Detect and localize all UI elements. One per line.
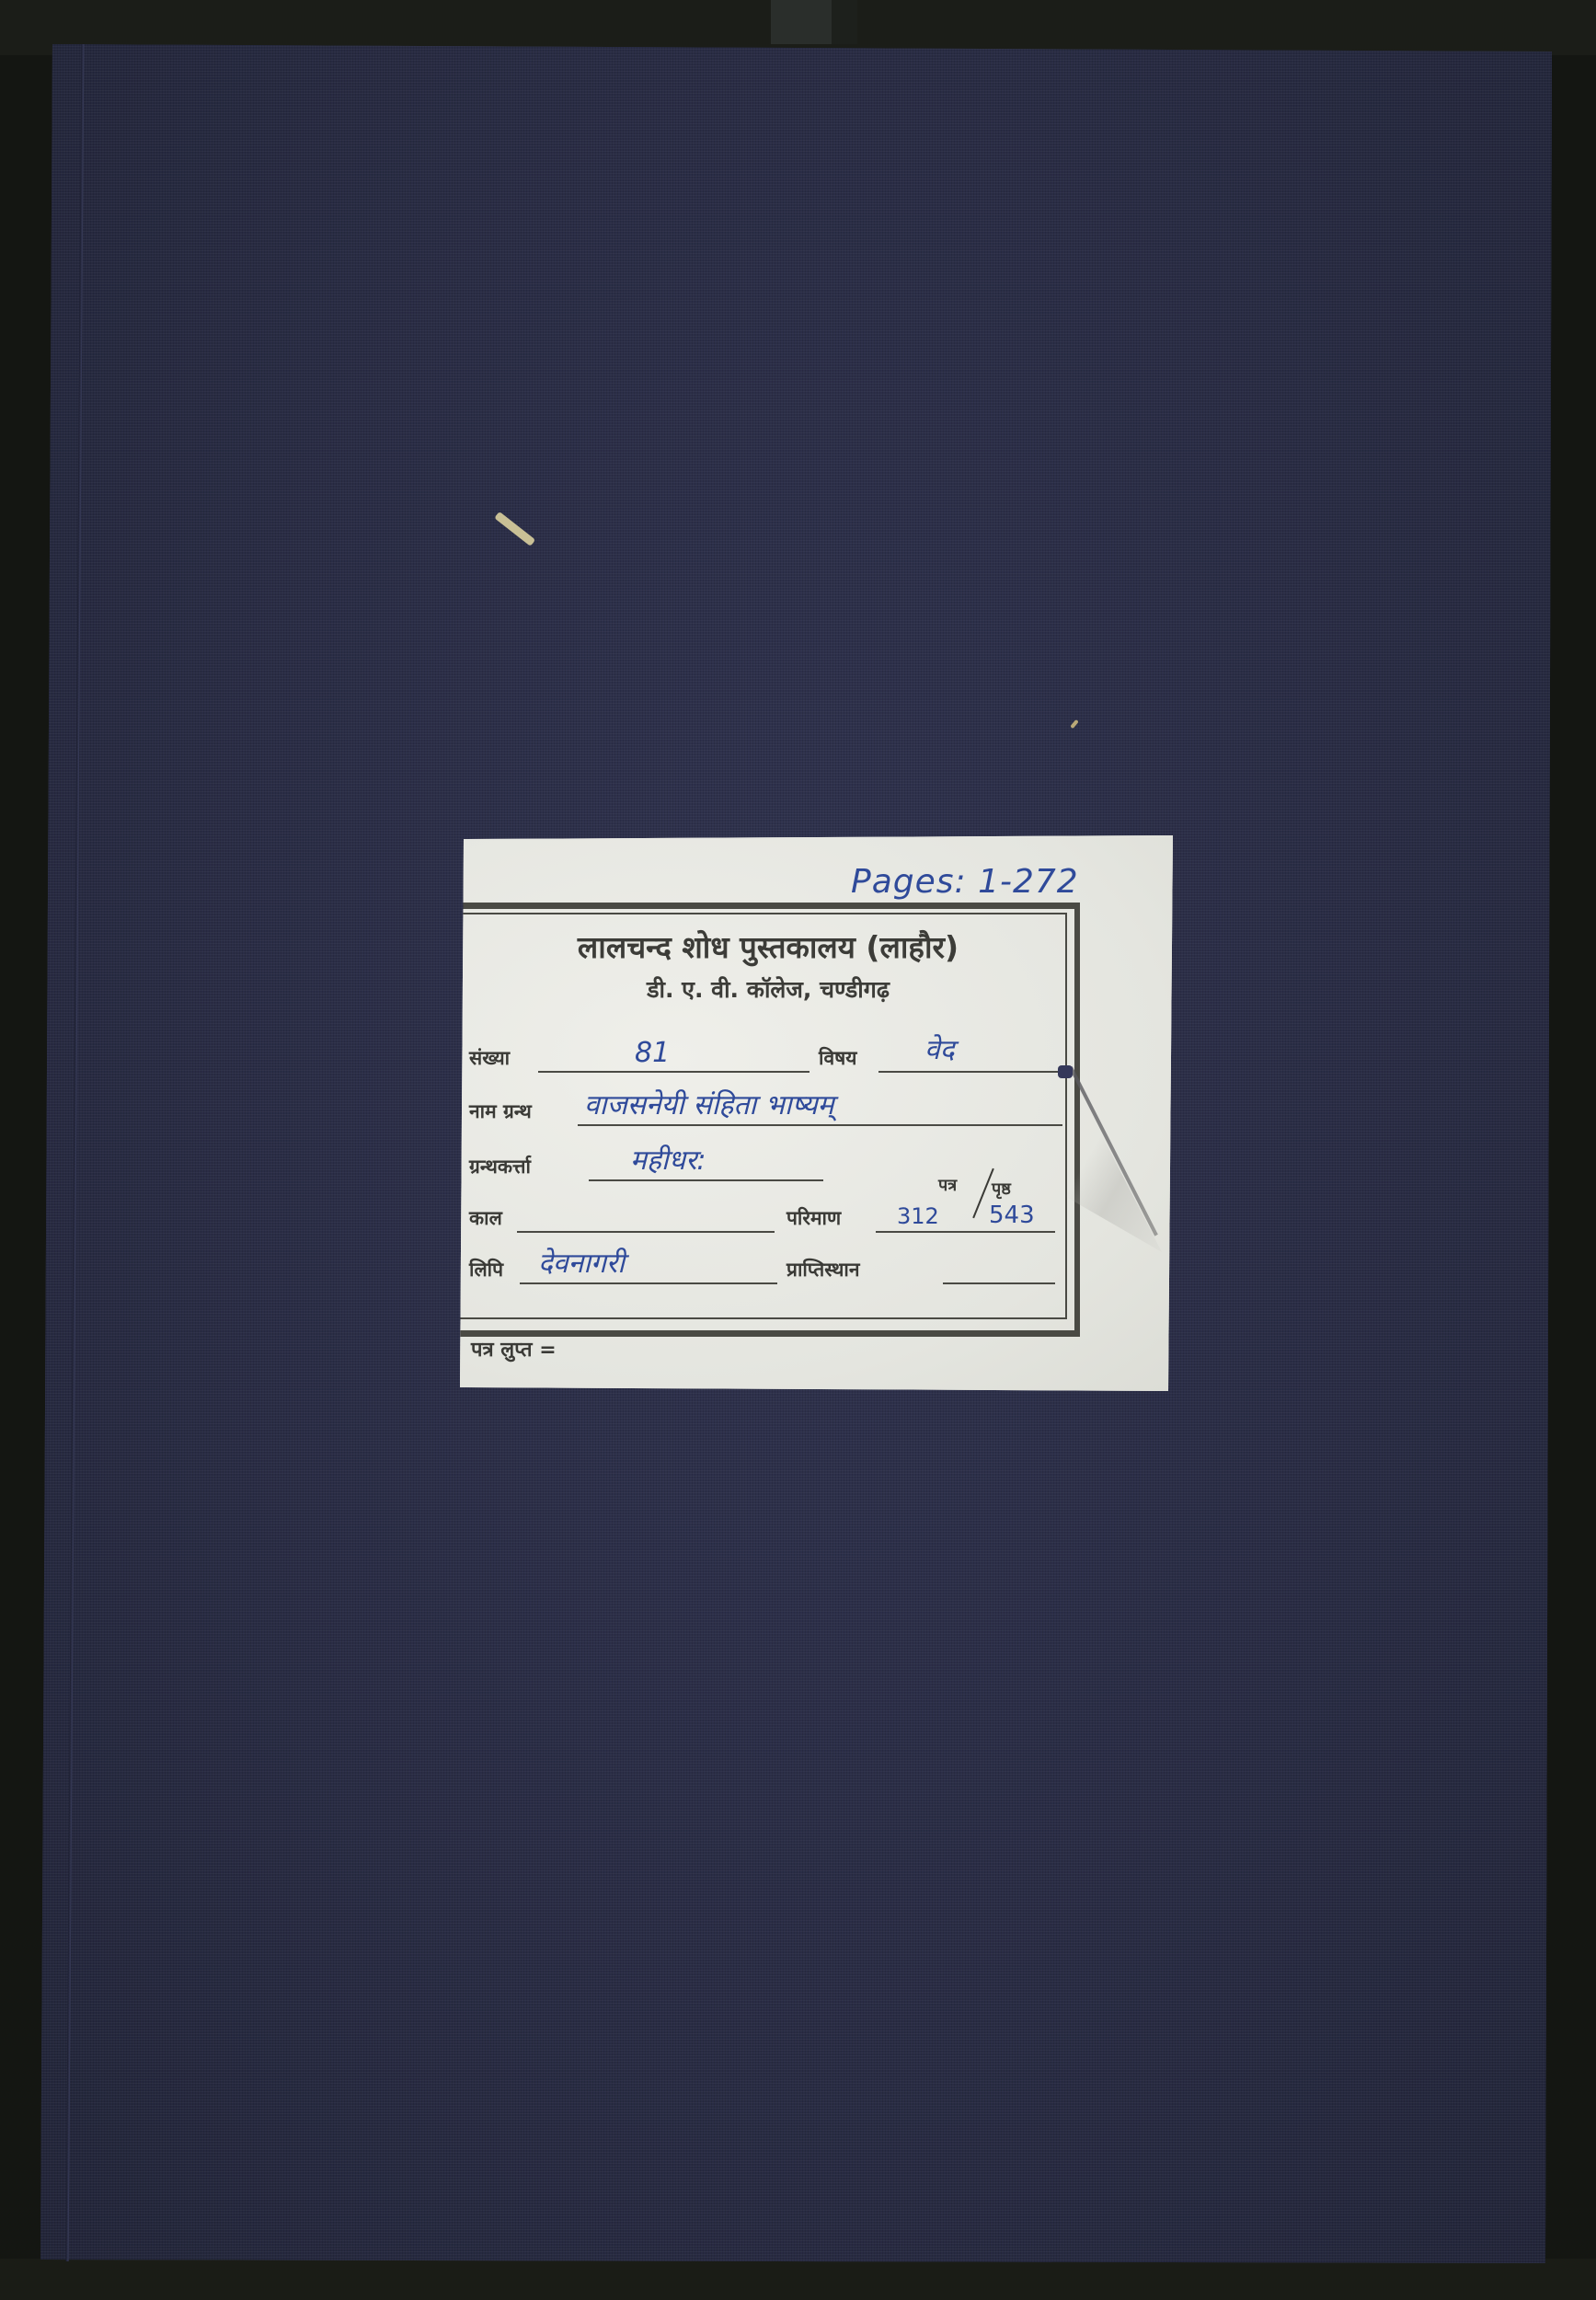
label-tear-mark bbox=[1058, 1065, 1073, 1078]
college-name: डी. ए. वी. कॉलेज, चण्डीगढ़ bbox=[460, 973, 1076, 1005]
folio-count: 312 bbox=[897, 1203, 939, 1229]
source-line bbox=[943, 1282, 1055, 1284]
missing-leaves-label: पत्र लुप्त = bbox=[471, 1335, 557, 1363]
scan-background-bottom bbox=[0, 2259, 1596, 2300]
title-value: वाजसनेयी संहिता भाष्यम् bbox=[584, 1085, 834, 1122]
period-line bbox=[517, 1231, 775, 1233]
number-label: संख्या bbox=[469, 1045, 510, 1071]
title-label: नाम ग्रन्थ bbox=[469, 1098, 532, 1124]
number-value: 81 bbox=[635, 1037, 670, 1069]
row-script-source: लिपि देवनागरी प्राप्तिस्थान bbox=[469, 1248, 1076, 1284]
subject-value: वेद bbox=[924, 1029, 955, 1067]
extent-label: परिमाण bbox=[787, 1205, 841, 1231]
folio-label: पत्र bbox=[938, 1174, 957, 1196]
binding-clip bbox=[771, 0, 832, 44]
page-count: 543 bbox=[989, 1202, 1035, 1229]
row-period-extent: काल परिमाण 312 543 bbox=[469, 1196, 1076, 1233]
source-label: प्राप्तिस्थान bbox=[787, 1257, 860, 1282]
subject-line bbox=[878, 1071, 1062, 1073]
author-label: ग्रन्थकर्त्ता bbox=[469, 1154, 531, 1179]
institution-name: लालचन्द शोध पुस्तकालय (लाहौर) bbox=[460, 926, 1076, 967]
binding-clip bbox=[832, 0, 857, 44]
author-value: महीधर: bbox=[630, 1140, 706, 1178]
catalog-label: Pages: 1-272 लालचन्द शोध पुस्तकालय (लाहौ… bbox=[460, 835, 1173, 1391]
row-title: नाम ग्रन्थ वाजसनेयी संहिता भाष्यम् bbox=[469, 1089, 1076, 1126]
title-line bbox=[578, 1124, 1062, 1126]
extent-line bbox=[876, 1231, 1055, 1233]
period-label: काल bbox=[469, 1205, 502, 1231]
script-label: लिपि bbox=[469, 1257, 503, 1282]
pages-note: Pages: 1-272 bbox=[851, 863, 1079, 901]
author-line bbox=[589, 1179, 823, 1181]
script-value: देवनागरी bbox=[538, 1243, 625, 1281]
row-number-subject: संख्या 81 विषय वेद bbox=[469, 1036, 1076, 1073]
script-line bbox=[520, 1282, 777, 1284]
number-line bbox=[538, 1071, 809, 1073]
subject-label: विषय bbox=[819, 1045, 856, 1071]
row-author: ग्रन्थकर्त्ता महीधर: bbox=[469, 1144, 1076, 1181]
